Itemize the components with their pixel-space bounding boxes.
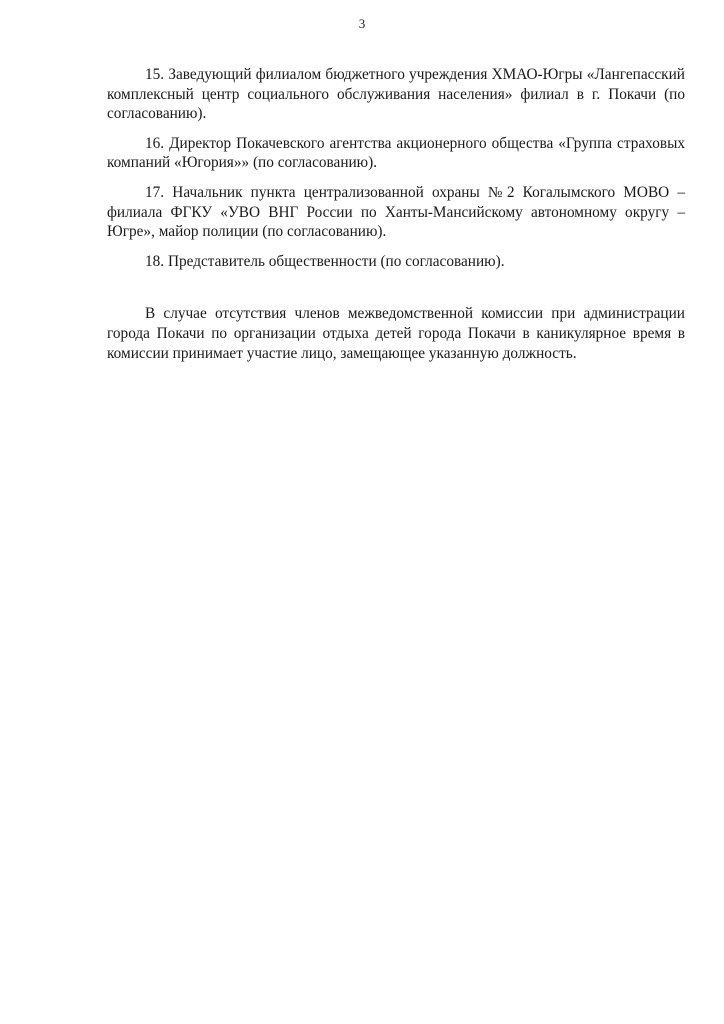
document-page: 3 15. Заведующий филиалом бюджетного учр… [0, 0, 724, 1024]
closing-paragraph: В случае отсутствия членов межведомствен… [107, 304, 685, 363]
list-item: 17. Начальник пункта централизованной ох… [107, 183, 685, 242]
item-text: Директор Покачевского агентства акционер… [107, 135, 685, 172]
list-item: 18. Представитель общественности (по сог… [107, 252, 685, 272]
list-item: 16. Директор Покачевского агентства акци… [107, 134, 685, 173]
item-text: Заведующий филиалом бюджетного учреждени… [107, 66, 685, 122]
list-item: 15. Заведующий филиалом бюджетного учреж… [107, 65, 685, 124]
page-number: 3 [0, 16, 724, 32]
document-body: 15. Заведующий филиалом бюджетного учреж… [107, 65, 685, 363]
item-number: 18. [145, 253, 164, 270]
item-number: 17. [145, 184, 164, 201]
item-text: Начальник пункта централизованной охраны… [107, 184, 685, 240]
item-text: Представитель общественности (по согласо… [168, 253, 505, 270]
item-number: 15. [145, 66, 164, 83]
item-number: 16. [145, 135, 164, 152]
